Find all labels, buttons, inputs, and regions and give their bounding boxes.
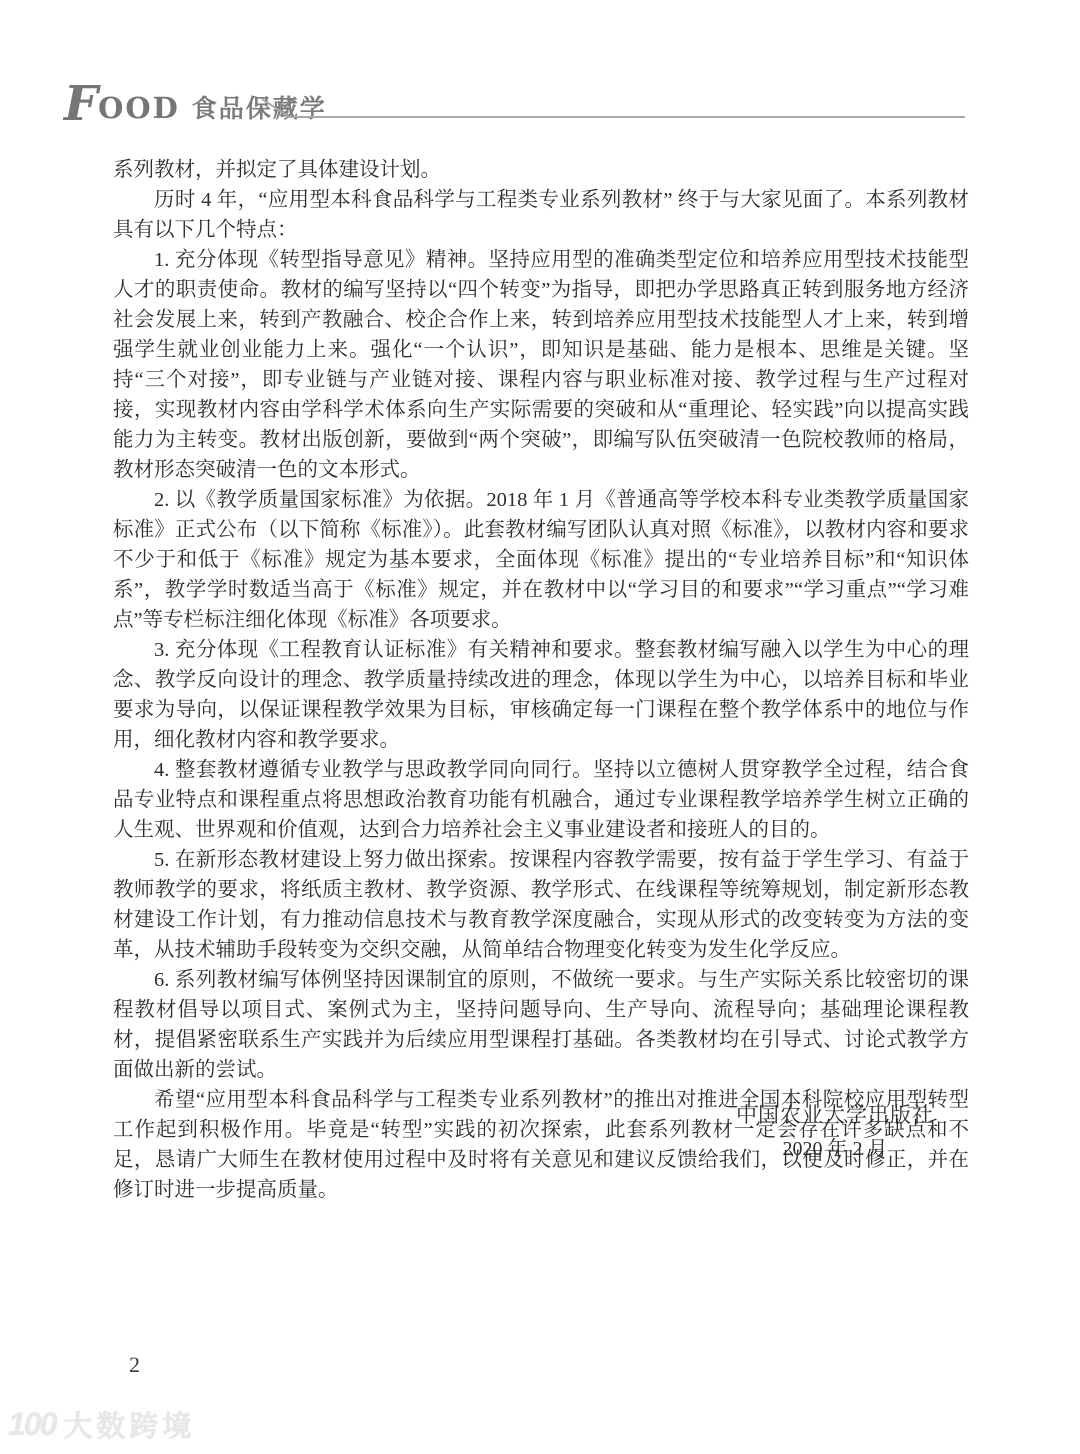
book-title: 食品保藏学 [192, 94, 327, 124]
body-paragraph: 2. 以《教学质量国家标准》为依据。2018 年 1 月《普通高等学校本科专业类… [113, 485, 969, 635]
signature-block: 中国农业大学出版社 2020 年 2 月 [736, 1098, 934, 1166]
publish-date: 2020 年 2 月 [736, 1132, 934, 1166]
body-paragraph: 1. 充分体现《转型指导意见》精神。坚持应用型的准确类型定位和培养应用型技术技能… [113, 245, 969, 485]
body-paragraph: 5. 在新形态教材建设上努力做出探索。按课程内容教学需要，按有益于学生学习、有益… [113, 845, 969, 965]
body-paragraph: 3. 充分体现《工程教育认证标准》有关精神和要求。整套教材编写融入以学生为中心的… [113, 635, 969, 755]
body-paragraph: 6. 系列教材编写体例坚持因课制宜的原则，不做统一要求。与生产实际关系比较密切的… [113, 965, 969, 1085]
page-number: 2 [129, 1352, 140, 1378]
food-logo-initial: F [64, 84, 98, 124]
body-paragraph: 4. 整套教材遵循专业教学与思政教学同向同行。坚持以立德树人贯穿教学全过程，结合… [113, 755, 969, 845]
watermark-logo-icon: 100 [8, 1406, 55, 1443]
page-header: FOOD 食品保藏学 [64, 78, 327, 124]
preface-body: 系列教材，并拟定了具体建设计划。 历时 4 年，“应用型本科食品科学与工程类专业… [113, 155, 969, 1205]
watermark-text: 大数跨境 [63, 1404, 195, 1445]
publisher-name: 中国农业大学出版社 [736, 1098, 934, 1132]
document-page: FOOD 食品保藏学 系列教材，并拟定了具体建设计划。 历时 4 年，“应用型本… [0, 0, 1080, 1454]
food-logo-text: OOD [98, 92, 180, 124]
body-paragraph: 历时 4 年，“应用型本科食品科学与工程类专业系列教材” 终于与大家见面了。本系… [113, 185, 969, 245]
body-paragraph: 系列教材，并拟定了具体建设计划。 [113, 155, 969, 185]
watermark: 100 大数跨境 [8, 1404, 195, 1445]
